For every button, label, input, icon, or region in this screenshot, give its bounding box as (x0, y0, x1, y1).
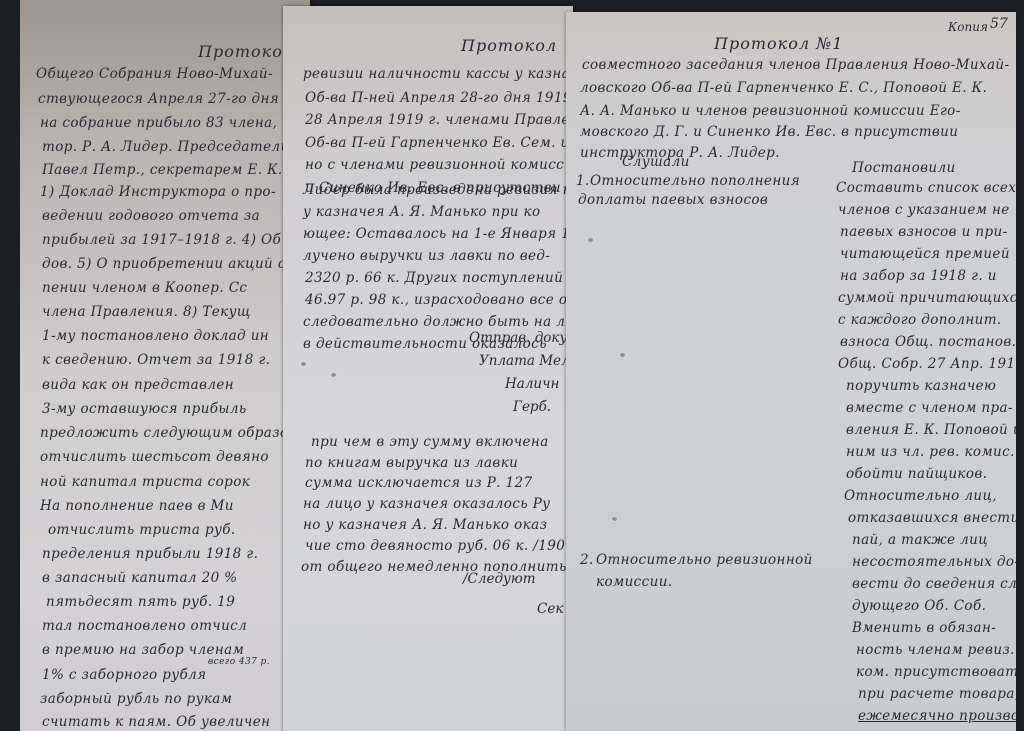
middle-sheet-title: Протокол (461, 36, 557, 55)
resolution-line: дующего Об. Соб. (852, 598, 986, 614)
text-line: отчислить шестьсот девяно (40, 449, 269, 465)
heard-heading: Слушали (622, 154, 690, 170)
item-text: Относительно пополнения (590, 173, 800, 189)
text-line: ведении годового отчета за (42, 208, 260, 224)
resolution-line: Относительно лиц, (844, 488, 997, 504)
resolution-line: ежемесячно произво- (858, 708, 1016, 724)
resolution-line: вления Е. К. Поповой и од- (846, 422, 1016, 438)
text-line: 46.97 р. 98 к., израсходовано все опр (305, 292, 573, 308)
text-line: на собрание прибыло 83 члена, (40, 115, 277, 131)
copy-mark: Копия (948, 20, 988, 34)
resolution-line: вместе с членом пра- (846, 400, 1013, 416)
signature-line: Отправ. доку (469, 330, 567, 346)
text-line: 3-му оставшуюся прибыль (42, 401, 247, 417)
resolution-line: Общ. Собр. 27 Апр. 1919 г. (838, 356, 1016, 372)
signature-line: Наличн (505, 376, 559, 392)
punch-mark (588, 238, 593, 242)
closing-note: Сек (537, 601, 563, 617)
resolution-line: на забор за 1918 г. и (840, 268, 997, 284)
text-line: отчислить триста руб. (48, 522, 236, 538)
left-protocol-sheet: Протокол Общего Собрания Ново-Михай- ств… (20, 0, 310, 731)
resolution-line: взноса Общ. постанов. (840, 334, 1016, 350)
right-sheet-title: Протокол №1 (714, 34, 843, 53)
text-line: по книгам выручка из лавки (305, 455, 518, 471)
header-line: А. А. Манько и членов ревизионной комисс… (580, 103, 961, 119)
text-line: заборный рубль по рукам (40, 691, 232, 707)
item-number: 2. (580, 552, 594, 568)
resolution-line: с каждого дополнит. (838, 312, 1002, 328)
text-line: тал постановлено отчисл (42, 618, 247, 634)
text-line: прибылей за 1917–1918 г. 4) Об (42, 232, 281, 248)
punch-mark (301, 362, 306, 366)
resolution-line: при расчете товара, (858, 686, 1016, 702)
text-line: Об-ва П-ей Гарпенченко Ев. Сем. и (305, 135, 570, 151)
text-line: на лицо у казначея оказалось Ру (303, 496, 550, 512)
resolution-line: отказавшихся внести (848, 510, 1016, 526)
signature-line: Герб. (513, 399, 551, 415)
text-line: 1) Доклад Инструктора о про- (40, 184, 276, 200)
text-line: ревизии наличности кассы у казначе (303, 66, 573, 82)
resolution-line: паевых взносов и при- (840, 224, 1008, 240)
resolution-line: суммой причитающихся (838, 290, 1016, 306)
header-line: совместного заседания членов Правления Н… (582, 57, 1010, 73)
right-protocol-sheet: Копия 57 Протокол №1 совместного заседан… (566, 12, 1016, 731)
text-line: к сведению. Отчет за 1918 г. (42, 352, 270, 368)
resolution-line: обойти пайщиков. (846, 466, 987, 482)
punch-mark (331, 373, 336, 377)
left-sheet-title: Протокол (198, 42, 294, 61)
resolution-line: ком. присутствовать (856, 664, 1016, 680)
resolution-line: читающейся премией (840, 246, 1010, 262)
text-line: пятьдесят пять руб. 19 (46, 594, 235, 610)
text-line: ной капитал триста сорок (40, 474, 250, 490)
page-number: 57 (990, 16, 1008, 32)
middle-protocol-sheet: Протокол ревизии наличности кассы у казн… (283, 6, 573, 731)
text-line: сумма исключается из Р. 127 (305, 475, 533, 491)
text-line: На пополнение паев в Ми (40, 498, 234, 514)
resolution-line: Вменить в обязан- (852, 620, 996, 636)
header-line: мовского Д. Г. и Синенко Ив. Евс. в прис… (580, 124, 958, 140)
text-line: у казначея А. Я. Манько при ко (303, 204, 541, 220)
text-line: 2320 р. 66 к. Других поступлений 21 (305, 270, 573, 286)
closing-note: /Следуют (463, 571, 536, 587)
text-line: члена Правления. 8) Текущ (42, 304, 251, 320)
text-line: считать к паям. Об увеличен (42, 714, 270, 730)
text-line: в запасный капитал 20 % (42, 570, 237, 586)
item-text: доплаты паевых взносов (578, 192, 768, 208)
text-line: Общего Собрания Ново-Михай- (36, 66, 273, 82)
text-line: ствующегося Апреля 27-го дня 1 (38, 91, 293, 107)
interlinear-note: всего 437 р. (208, 657, 270, 667)
punch-mark (620, 353, 625, 357)
text-line: Павел Петр., секретарем Е. К. (42, 162, 283, 178)
text-line: в премию на забор членам (42, 642, 244, 658)
header-line: ловского Об-ва П-ей Гарпенченко Е. С., П… (580, 80, 987, 96)
item-text: Относительно ревизионной (596, 552, 813, 568)
signature-line: Уплата Мел (479, 353, 570, 369)
text-line: тор. Р. А. Лидер. Председатель (42, 139, 288, 155)
item-number: 1. (576, 173, 590, 189)
text-line: ющее: Оставалось на 1-е Января 1 (303, 226, 570, 242)
text-line: при чем в эту сумму включена (311, 434, 549, 450)
resolution-line: вести до сведения сле- (852, 576, 1016, 592)
text-line: Лидер была произведена ревизия к (303, 182, 571, 198)
text-line: вида как он представлен (42, 377, 234, 393)
text-line: пределения прибыли 1918 г. (42, 546, 258, 562)
text-line: лучено выручки из лавки по вед- (303, 248, 550, 264)
resolution-line: пай, а также лиц (852, 532, 988, 548)
resolution-line: ним из чл. рев. комис. (846, 444, 1015, 460)
item-text: комиссии. (596, 574, 672, 590)
resolution-line: несостоятельных до- (852, 554, 1016, 570)
text-line: дов. 5) О приобретении акций с (42, 256, 286, 272)
resolved-heading: Постановили (852, 160, 956, 176)
resolution-line: членов с указанием не (838, 202, 1010, 218)
text-line: пении членом в Коопер. Сс (42, 280, 247, 296)
text-line: чие сто девяносто руб. 06 к. /190 (305, 538, 565, 554)
text-line: Об-ва П-ней Апреля 28-го дня 1919 (305, 90, 572, 106)
punch-mark (612, 517, 617, 521)
resolution-line: поручить казначею (846, 378, 996, 394)
resolution-line: Составить список всех (836, 180, 1016, 196)
text-line: 1% с заборного рубля (42, 667, 207, 683)
text-line: предложить следующим образо (40, 425, 289, 441)
text-line: но с членами ревизионной комисс (305, 157, 564, 173)
text-line: 28 Апреля 1919 г. членами Правлени (305, 112, 573, 128)
text-line: но у казначея А. Я. Манько оказ (303, 517, 547, 533)
text-line: 1-му постановлено доклад ин (42, 328, 269, 344)
text-line: следовательно должно быть на л (303, 314, 565, 330)
resolution-line: ность членам ревиз. (856, 642, 1015, 658)
